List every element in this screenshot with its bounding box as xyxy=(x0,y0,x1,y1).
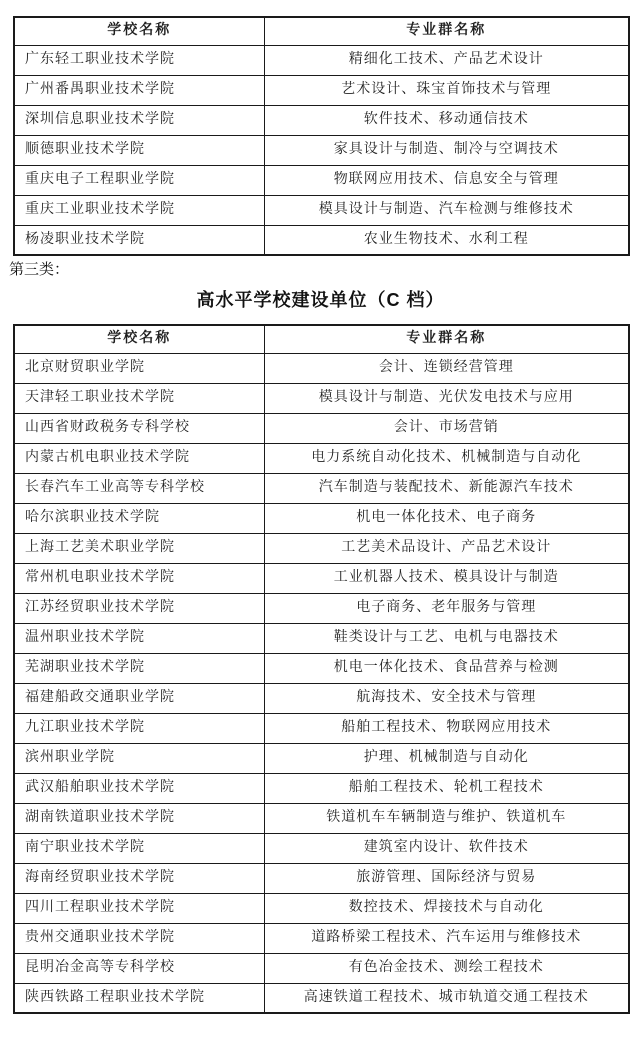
major-group-cell: 农业生物技术、水利工程 xyxy=(264,225,629,255)
school-name-cell: 内蒙古机电职业技术学院 xyxy=(14,443,264,473)
major-group-cell: 艺术设计、珠宝首饰技术与管理 xyxy=(264,75,629,105)
table-row: 滨州职业学院 护理、机械制造与自动化 xyxy=(14,743,629,773)
major-group-cell: 建筑室内设计、软件技术 xyxy=(264,833,629,863)
table-row: 山西省财政税务专科学校 会计、市场营销 xyxy=(14,413,629,443)
school-name-cell: 昆明冶金高等专科学校 xyxy=(14,953,264,983)
major-group-cell: 电子商务、老年服务与管理 xyxy=(264,593,629,623)
table-row: 广东轻工职业技术学院 精细化工技术、产品艺术设计 xyxy=(14,45,629,75)
major-group-cell: 旅游管理、国际经济与贸易 xyxy=(264,863,629,893)
major-group-cell: 模具设计与制造、光伏发电技术与应用 xyxy=(264,383,629,413)
major-group-cell: 机电一体化技术、电子商务 xyxy=(264,503,629,533)
school-table-upper: 学校名称 专业群名称 广东轻工职业技术学院 精细化工技术、产品艺术设计 广州番禺… xyxy=(13,16,630,256)
table-row: 杨凌职业技术学院 农业生物技术、水利工程 xyxy=(14,225,629,255)
table-row: 重庆电子工程职业学院 物联网应用技术、信息安全与管理 xyxy=(14,165,629,195)
major-group-cell: 电力系统自动化技术、机械制造与自动化 xyxy=(264,443,629,473)
major-group-cell: 高速铁道工程技术、城市轨道交通工程技术 xyxy=(264,983,629,1013)
table-row: 四川工程职业技术学院 数控技术、焊接技术与自动化 xyxy=(14,893,629,923)
table-body: 北京财贸职业学院 会计、连锁经营管理 天津轻工职业技术学院 模具设计与制造、光伏… xyxy=(14,353,629,1013)
school-name-cell: 滨州职业学院 xyxy=(14,743,264,773)
table-row: 湖南铁道职业技术学院 铁道机车车辆制造与维护、铁道机车 xyxy=(14,803,629,833)
school-name-cell: 海南经贸职业技术学院 xyxy=(14,863,264,893)
school-name-cell: 陕西铁路工程职业技术学院 xyxy=(14,983,264,1013)
table-row: 重庆工业职业技术学院 模具设计与制造、汽车检测与维修技术 xyxy=(14,195,629,225)
table-row: 昆明冶金高等专科学校 有色冶金技术、测绘工程技术 xyxy=(14,953,629,983)
school-name-cell: 南宁职业技术学院 xyxy=(14,833,264,863)
school-name-cell: 武汉船舶职业技术学院 xyxy=(14,773,264,803)
school-name-cell: 重庆工业职业技术学院 xyxy=(14,195,264,225)
major-group-cell: 物联网应用技术、信息安全与管理 xyxy=(264,165,629,195)
major-group-cell: 船舶工程技术、轮机工程技术 xyxy=(264,773,629,803)
major-group-cell: 会计、市场营销 xyxy=(264,413,629,443)
table-row: 内蒙古机电职业技术学院 电力系统自动化技术、机械制造与自动化 xyxy=(14,443,629,473)
major-group-cell: 有色冶金技术、测绘工程技术 xyxy=(264,953,629,983)
table-row: 顺德职业技术学院 家具设计与制造、制冷与空调技术 xyxy=(14,135,629,165)
major-group-cell: 精细化工技术、产品艺术设计 xyxy=(264,45,629,75)
table-row: 常州机电职业技术学院 工业机器人技术、模具设计与制造 xyxy=(14,563,629,593)
school-name-cell: 重庆电子工程职业学院 xyxy=(14,165,264,195)
table-row: 广州番禺职业技术学院 艺术设计、珠宝首饰技术与管理 xyxy=(14,75,629,105)
school-name-cell: 顺德职业技术学院 xyxy=(14,135,264,165)
major-group-cell: 工业机器人技术、模具设计与制造 xyxy=(264,563,629,593)
school-name-cell: 温州职业技术学院 xyxy=(14,623,264,653)
table-row: 北京财贸职业学院 会计、连锁经营管理 xyxy=(14,353,629,383)
school-name-cell: 上海工艺美术职业学院 xyxy=(14,533,264,563)
school-name-cell: 广州番禺职业技术学院 xyxy=(14,75,264,105)
major-group-cell: 航海技术、安全技术与管理 xyxy=(264,683,629,713)
header-major-group: 专业群名称 xyxy=(264,325,629,353)
major-group-cell: 数控技术、焊接技术与自动化 xyxy=(264,893,629,923)
school-name-cell: 芜湖职业技术学院 xyxy=(14,653,264,683)
school-table-lower: 学校名称 专业群名称 北京财贸职业学院 会计、连锁经营管理 天津轻工职业技术学院… xyxy=(13,324,630,1014)
major-group-cell: 汽车制造与装配技术、新能源汽车技术 xyxy=(264,473,629,503)
table-row: 芜湖职业技术学院 机电一体化技术、食品营养与检测 xyxy=(14,653,629,683)
table-header-row: 学校名称 专业群名称 xyxy=(14,17,629,45)
header-school-name: 学校名称 xyxy=(14,325,264,353)
table-row: 深圳信息职业技术学院 软件技术、移动通信技术 xyxy=(14,105,629,135)
table-row: 南宁职业技术学院 建筑室内设计、软件技术 xyxy=(14,833,629,863)
major-group-cell: 船舶工程技术、物联网应用技术 xyxy=(264,713,629,743)
school-name-cell: 江苏经贸职业技术学院 xyxy=(14,593,264,623)
header-school-name: 学校名称 xyxy=(14,17,264,45)
school-name-cell: 山西省财政税务专科学校 xyxy=(14,413,264,443)
table-row: 温州职业技术学院 鞋类设计与工艺、电机与电器技术 xyxy=(14,623,629,653)
major-group-cell: 道路桥梁工程技术、汽车运用与维修技术 xyxy=(264,923,629,953)
header-major-group: 专业群名称 xyxy=(264,17,629,45)
major-group-cell: 铁道机车车辆制造与维护、铁道机车 xyxy=(264,803,629,833)
category-label: 第三类： xyxy=(9,261,628,279)
table-row: 江苏经贸职业技术学院 电子商务、老年服务与管理 xyxy=(14,593,629,623)
table-row: 上海工艺美术职业学院 工艺美术品设计、产品艺术设计 xyxy=(14,533,629,563)
school-name-cell: 湖南铁道职业技术学院 xyxy=(14,803,264,833)
table-row: 陕西铁路工程职业技术学院 高速铁道工程技术、城市轨道交通工程技术 xyxy=(14,983,629,1013)
school-name-cell: 九江职业技术学院 xyxy=(14,713,264,743)
table-row: 九江职业技术学院 船舶工程技术、物联网应用技术 xyxy=(14,713,629,743)
table-row: 海南经贸职业技术学院 旅游管理、国际经济与贸易 xyxy=(14,863,629,893)
major-group-cell: 工艺美术品设计、产品艺术设计 xyxy=(264,533,629,563)
table-row: 武汉船舶职业技术学院 船舶工程技术、轮机工程技术 xyxy=(14,773,629,803)
table-title: 高水平学校建设单位（C 档） xyxy=(13,288,628,312)
table-row: 长春汽车工业高等专科学校 汽车制造与装配技术、新能源汽车技术 xyxy=(14,473,629,503)
table-body: 广东轻工职业技术学院 精细化工技术、产品艺术设计 广州番禺职业技术学院 艺术设计… xyxy=(14,45,629,255)
document-page: 学校名称 专业群名称 广东轻工职业技术学院 精细化工技术、产品艺术设计 广州番禺… xyxy=(0,0,640,1050)
table-row: 天津轻工职业技术学院 模具设计与制造、光伏发电技术与应用 xyxy=(14,383,629,413)
school-name-cell: 常州机电职业技术学院 xyxy=(14,563,264,593)
major-group-cell: 鞋类设计与工艺、电机与电器技术 xyxy=(264,623,629,653)
major-group-cell: 软件技术、移动通信技术 xyxy=(264,105,629,135)
school-name-cell: 杨凌职业技术学院 xyxy=(14,225,264,255)
school-name-cell: 长春汽车工业高等专科学校 xyxy=(14,473,264,503)
major-group-cell: 会计、连锁经营管理 xyxy=(264,353,629,383)
school-name-cell: 四川工程职业技术学院 xyxy=(14,893,264,923)
school-name-cell: 福建船政交通职业学院 xyxy=(14,683,264,713)
school-name-cell: 广东轻工职业技术学院 xyxy=(14,45,264,75)
table-row: 哈尔滨职业技术学院 机电一体化技术、电子商务 xyxy=(14,503,629,533)
major-group-cell: 护理、机械制造与自动化 xyxy=(264,743,629,773)
school-name-cell: 贵州交通职业技术学院 xyxy=(14,923,264,953)
school-name-cell: 天津轻工职业技术学院 xyxy=(14,383,264,413)
table-header-row: 学校名称 专业群名称 xyxy=(14,325,629,353)
major-group-cell: 机电一体化技术、食品营养与检测 xyxy=(264,653,629,683)
major-group-cell: 家具设计与制造、制冷与空调技术 xyxy=(264,135,629,165)
school-name-cell: 深圳信息职业技术学院 xyxy=(14,105,264,135)
school-name-cell: 北京财贸职业学院 xyxy=(14,353,264,383)
table-row: 福建船政交通职业学院 航海技术、安全技术与管理 xyxy=(14,683,629,713)
table-row: 贵州交通职业技术学院 道路桥梁工程技术、汽车运用与维修技术 xyxy=(14,923,629,953)
school-name-cell: 哈尔滨职业技术学院 xyxy=(14,503,264,533)
major-group-cell: 模具设计与制造、汽车检测与维修技术 xyxy=(264,195,629,225)
